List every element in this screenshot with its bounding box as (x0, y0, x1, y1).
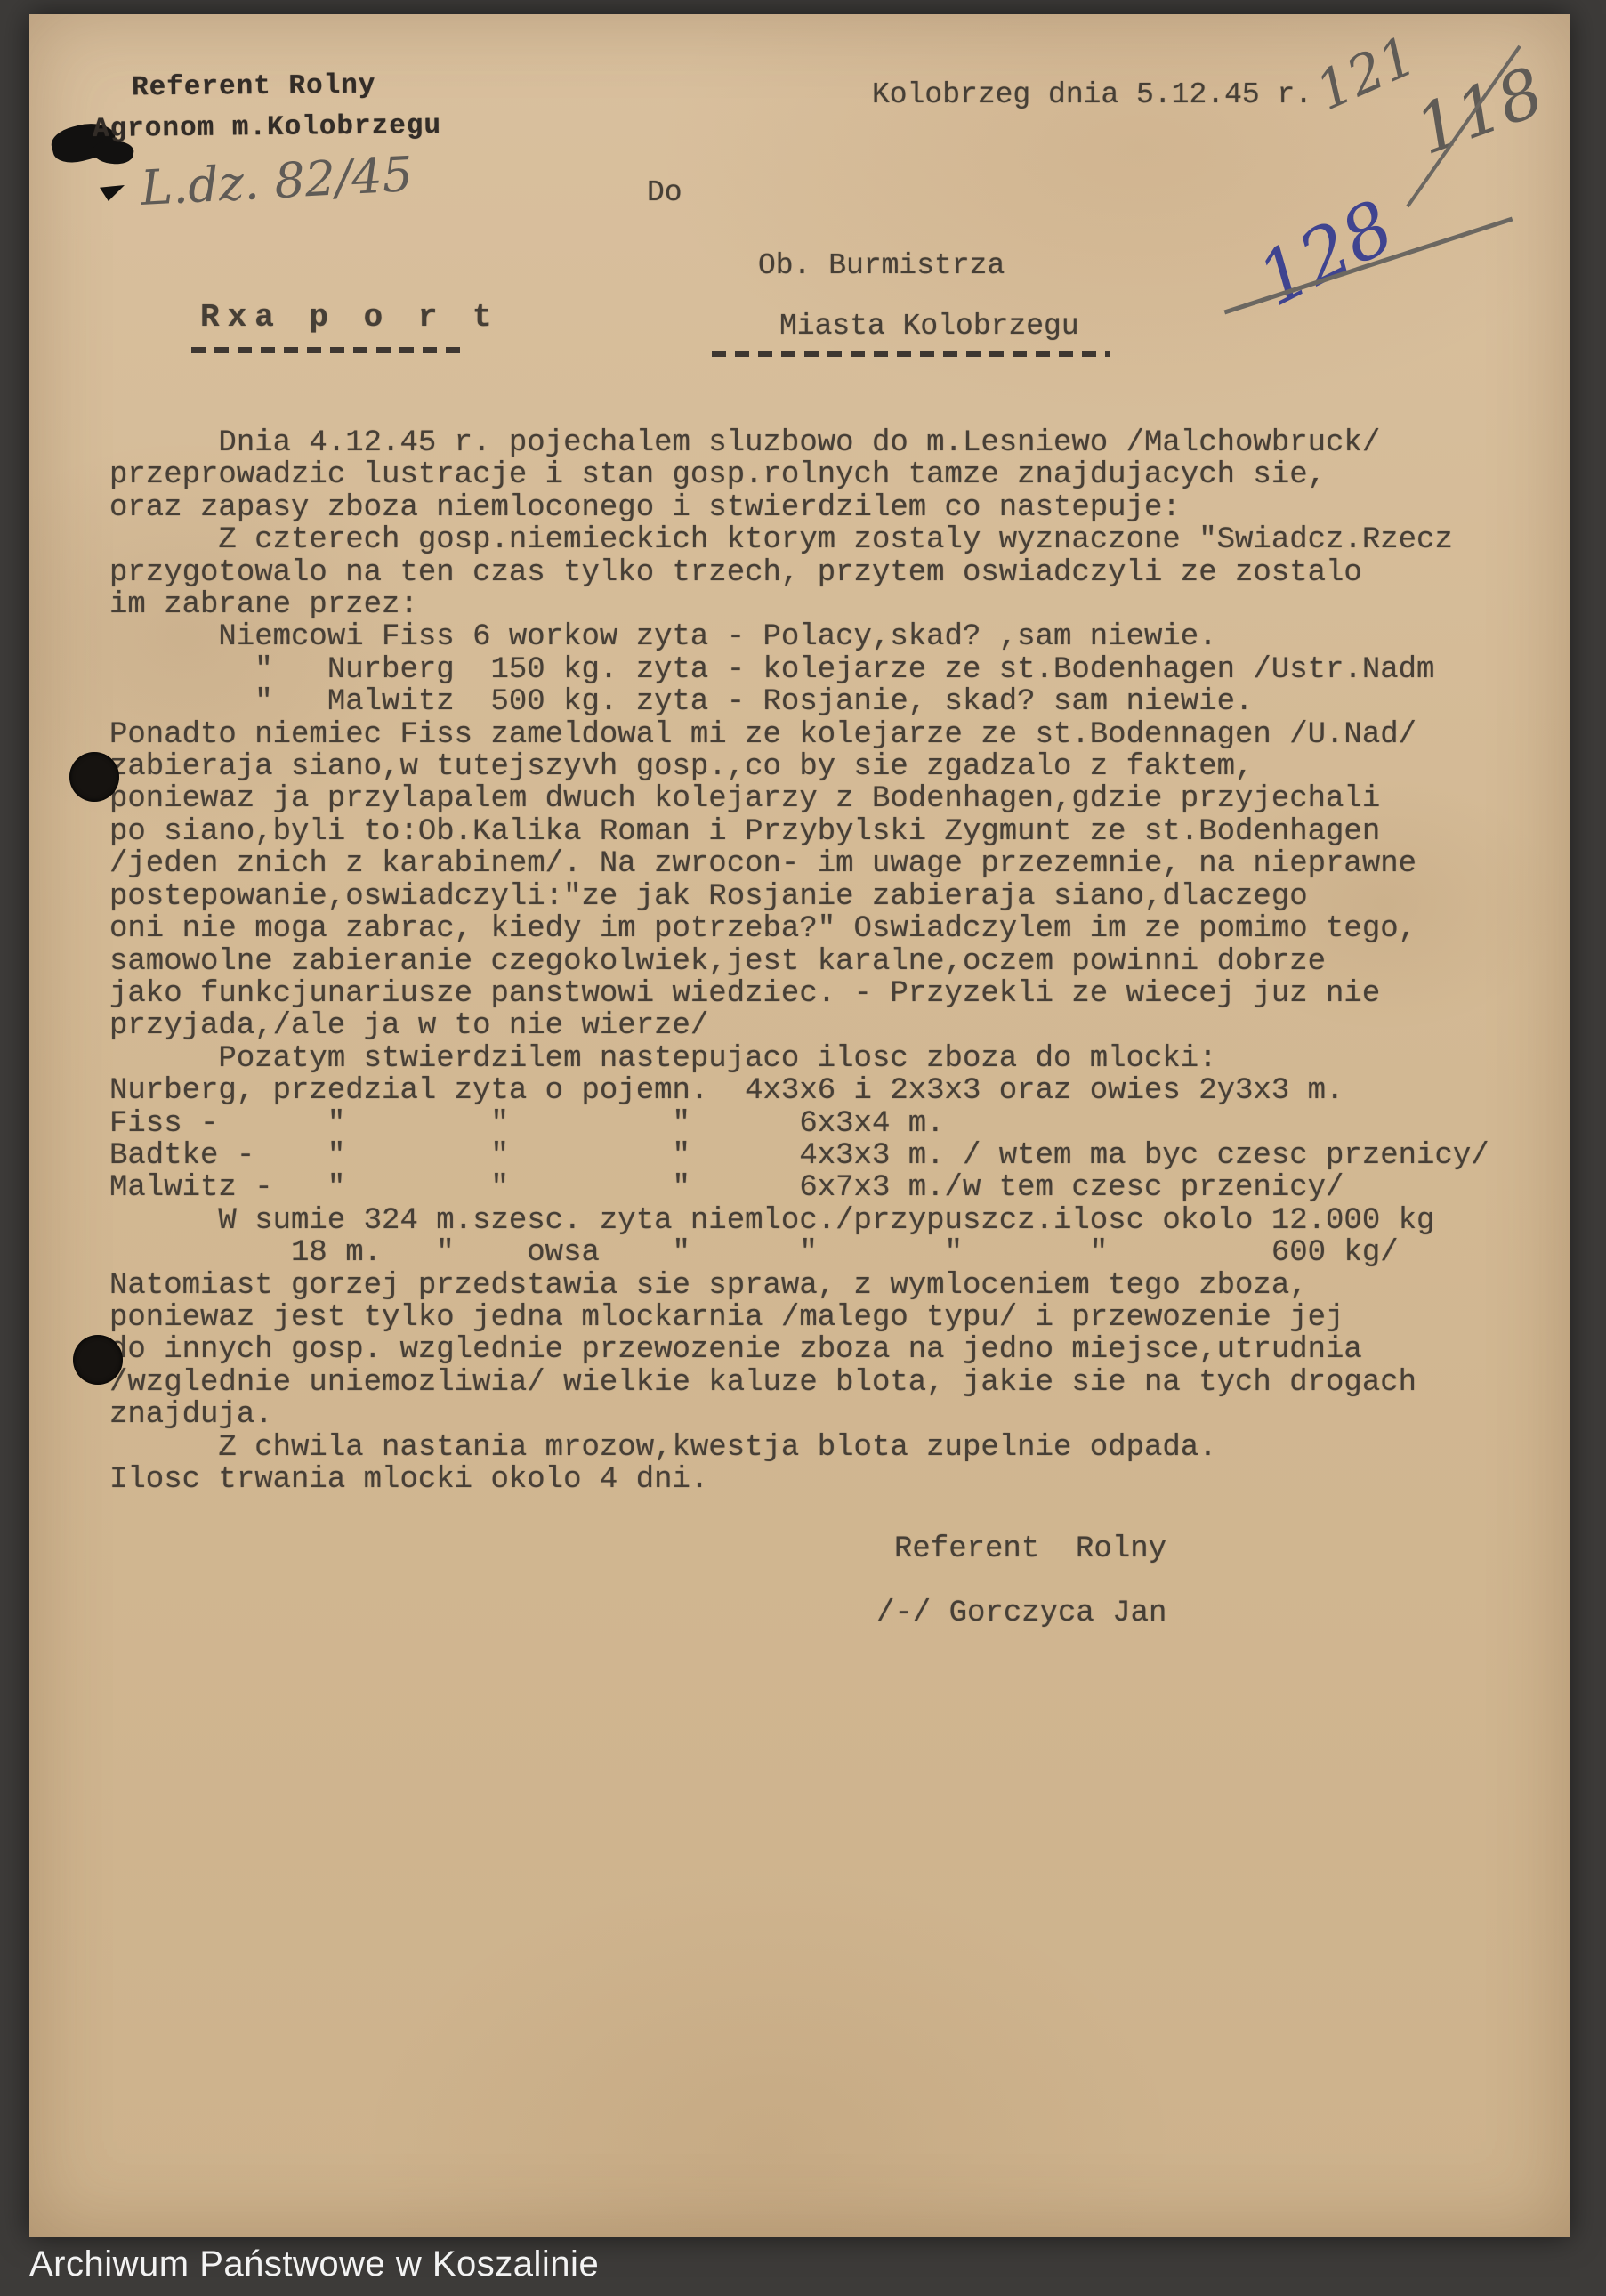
body-line: /jeden znich z karabinem/. Na zwrocon- i… (109, 848, 1489, 880)
body-line: przygotowalo na ten czas tylko trzech, p… (109, 557, 1489, 589)
body-line: zabieraja siano,w tutejszyvh gosp.,co by… (109, 751, 1489, 783)
addressee-underline (712, 351, 1110, 357)
report-title: Rxa p o r t (200, 299, 500, 336)
body-line: jako funkcjunariusze panstwowi wiedziec.… (109, 978, 1489, 1010)
body-line: Ilosc trwania mlocki okolo 4 dni. (109, 1464, 1489, 1496)
body-line: 18 m. " owsa " " " " 600 kg/ (109, 1237, 1489, 1269)
body-line: oraz zapasy zboza niemloconego i stwierd… (109, 492, 1489, 524)
body-line: Nurberg, przedzial zyta o pojemn. 4x3x6 … (109, 1075, 1489, 1107)
punch-hole (69, 752, 119, 802)
body-line: Z chwila nastania mrozow,kwestja blota z… (109, 1432, 1489, 1464)
body-line: oni nie moga zabrac, kiedy im potrzeba?"… (109, 913, 1489, 945)
letterhead-office-line2: Agronom m.Kolobrzegu (93, 110, 441, 145)
body-line: Natomiast gorzej przedstawia sie sprawa,… (109, 1270, 1489, 1302)
body-line: W sumie 324 m.szesc. zyta niemloc./przyp… (109, 1205, 1489, 1237)
body-line: im zabrane przez: (109, 589, 1489, 621)
body-line: przeprowadzic lustracje i stan gosp.roln… (109, 459, 1489, 491)
signature-name: /-/ Gorczyca Jan (876, 1597, 1166, 1630)
body-line: poniewaz jest tylko jedna mlockarnia /ma… (109, 1302, 1489, 1334)
addressee-line1: Ob. Burmistrza (758, 249, 1005, 282)
body-line: Z czterech gosp.niemieckich ktorym zosta… (109, 524, 1489, 556)
body-line: do innych gosp. wzglednie przewozenie zb… (109, 1334, 1489, 1366)
dateline: Kolobrzeg dnia 5.12.45 r. (872, 78, 1312, 111)
letterhead-office: Referent Rolny (132, 70, 376, 104)
body-line: postepowanie,oswiadczyli:"ze jak Rosjani… (109, 881, 1489, 913)
body-line: poniewaz ja przylapalem dwuch kolejarzy … (109, 783, 1489, 815)
addressee-line2: Miasta Kolobrzegu (779, 310, 1079, 343)
body-line: Ponadto niemiec Fiss zameldowal mi ze ko… (109, 719, 1489, 751)
body-line: Malwitz - " " " 6x7x3 m./w tem czesc prz… (109, 1172, 1489, 1204)
body-line: Badtke - " " " 4x3x3 m. / wtem ma byc cz… (109, 1140, 1489, 1172)
report-title-underline (191, 347, 465, 353)
addressee-to: Do (647, 176, 682, 209)
body-text: Dnia 4.12.45 r. pojechalem sluzbowo do m… (109, 427, 1489, 1496)
archive-watermark: Archiwum Państwowe w Koszalinie (29, 2244, 599, 2284)
signature-role: Referent Rolny (894, 1532, 1166, 1566)
body-line: Niemcowi Fiss 6 workow zyta - Polacy,ska… (109, 621, 1489, 653)
body-line: znajduja. (109, 1399, 1489, 1431)
punch-hole (73, 1335, 123, 1385)
body-line: Pozatym stwierdzilem nastepujaco ilosc z… (109, 1043, 1489, 1075)
body-line: " Malwitz 500 kg. zyta - Rosjanie, skad?… (109, 686, 1489, 718)
body-line: /wzglednie uniemozliwia/ wielkie kaluze … (109, 1367, 1489, 1399)
body-line: samowolne zabieranie czegokolwiek,jest k… (109, 946, 1489, 978)
body-line: po siano,byli to:Ob.Kalika Roman i Przyb… (109, 816, 1489, 848)
body-line: przyjada,/ale ja w to nie wierze/ (109, 1010, 1489, 1042)
body-line: Fiss - " " " 6x3x4 m. (109, 1108, 1489, 1140)
scanned-document-page: Referent Rolny Agronom m.Kolobrzegu L.dz… (0, 0, 1606, 2296)
body-line: " Nurberg 150 kg. zyta - kolejarze ze st… (109, 654, 1489, 686)
body-line: Dnia 4.12.45 r. pojechalem sluzbowo do m… (109, 427, 1489, 459)
